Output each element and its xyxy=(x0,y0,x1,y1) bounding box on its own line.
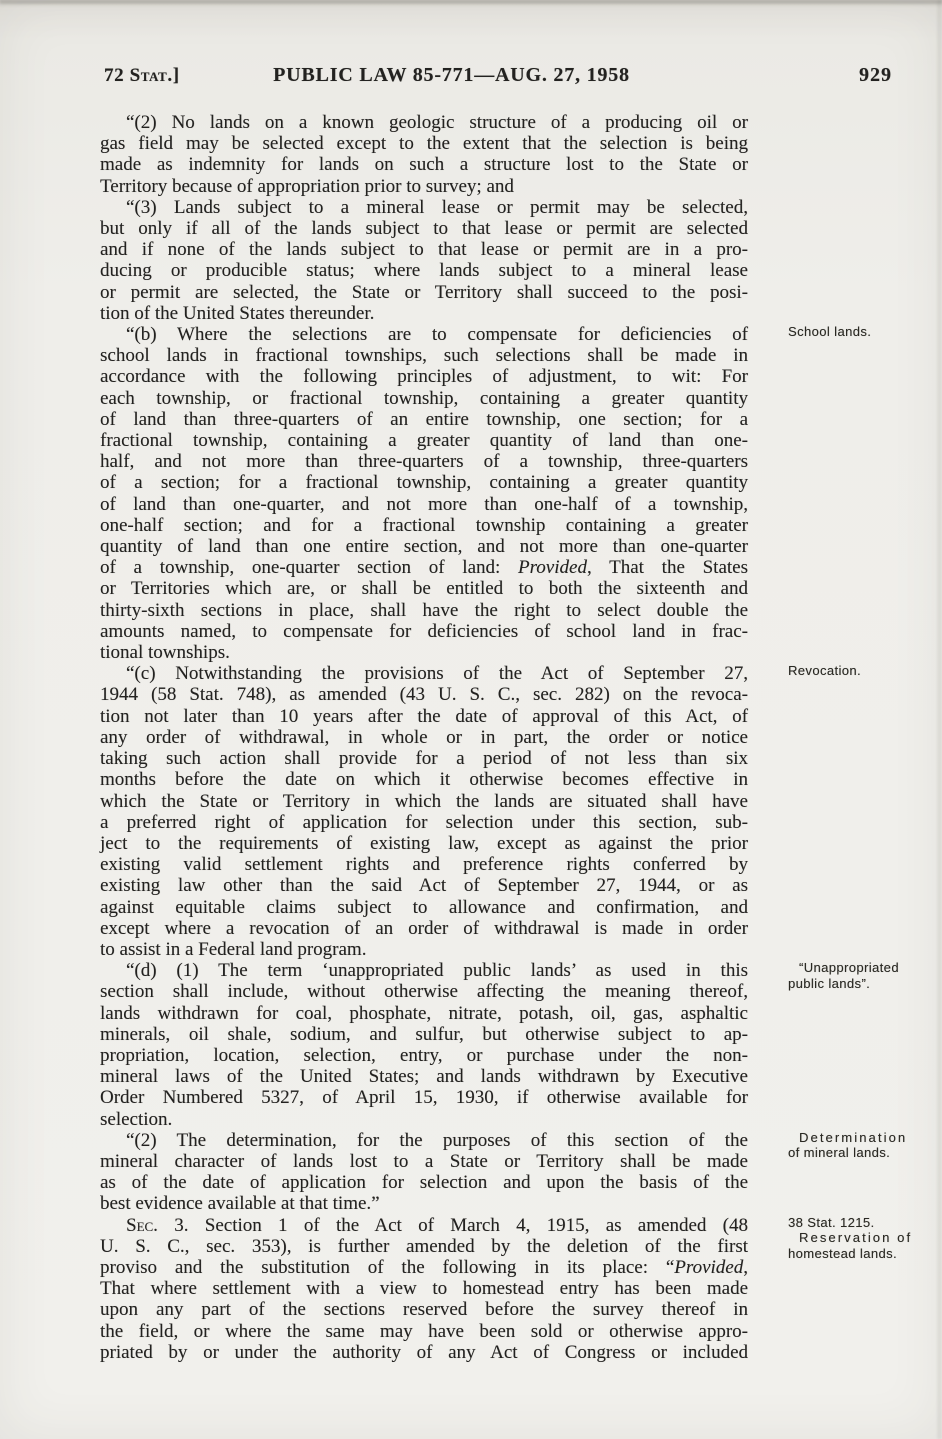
paragraph: “(d) (1) The term ‘unappropriated public… xyxy=(100,960,748,1130)
margin-note-line: Determination xyxy=(788,1130,942,1146)
paragraph: “(2) The determination, for the purposes… xyxy=(100,1130,748,1215)
text-line: months before the date on which it other… xyxy=(100,769,748,790)
margin-note: “Unappropriatedpublic lands”. xyxy=(788,960,942,991)
text-line: except where a revocation of an order of… xyxy=(100,918,748,939)
text-line: but only if all of the lands subject to … xyxy=(100,218,748,239)
text-line: existing law other than the said Act of … xyxy=(100,875,748,896)
page-number: 929 xyxy=(859,64,892,87)
text-line: gas field may be selected except to the … xyxy=(100,133,748,154)
text-line: accordance with the following principles… xyxy=(100,366,748,387)
margin-note: Revocation. xyxy=(788,663,942,679)
text-line: of land than three-quarters of an entire… xyxy=(100,409,748,430)
text-line: each township, or fractional township, c… xyxy=(100,388,748,409)
margin-note-line: of mineral lands. xyxy=(788,1145,942,1161)
text-line: ducing or producible status; where lands… xyxy=(100,260,748,281)
margin-note: Determinationof mineral lands. xyxy=(788,1130,942,1161)
text-line: U. S. C., sec. 353), is further amended … xyxy=(100,1236,748,1257)
text-line: “(2) No lands on a known geologic struct… xyxy=(100,112,748,133)
text-line: school lands in fractional townships, su… xyxy=(100,345,748,366)
paragraph: “(c) Notwithstanding the provisions of t… xyxy=(100,663,748,960)
margin-note: 38 Stat. 1215.Reservation ofhomestead la… xyxy=(788,1215,942,1262)
text-line: mineral character of lands lost to a Sta… xyxy=(100,1151,748,1172)
text-line: any order of withdrawal, in whole or in … xyxy=(100,727,748,748)
text-line: priated by or under the authority of any… xyxy=(100,1342,748,1363)
text-line: of a section; for a fractional township,… xyxy=(100,472,748,493)
text-line: “(3) Lands subject to a mineral lease or… xyxy=(100,197,748,218)
text-line: of a township, one-quarter section of la… xyxy=(100,557,748,578)
text-line: “(c) Notwithstanding the provisions of t… xyxy=(100,663,748,684)
text-line: thirty-sixth sections in place, shall ha… xyxy=(100,600,748,621)
text-line: Sec. 3. Section 1 of the Act of March 4,… xyxy=(100,1215,748,1236)
text-line: quantity of land than one entire section… xyxy=(100,536,748,557)
text-line: of land than one-quarter, and not more t… xyxy=(100,494,748,515)
text-line: 1944 (58 Stat. 748), as amended (43 U. S… xyxy=(100,684,748,705)
paragraph: Sec. 3. Section 1 of the Act of March 4,… xyxy=(100,1215,748,1363)
page-header: 72 Stat.] PUBLIC LAW 85-771—AUG. 27, 195… xyxy=(0,64,942,92)
margin-note-line: Reservation of xyxy=(788,1230,942,1246)
text-line: “(2) The determination, for the purposes… xyxy=(100,1130,748,1151)
text-line: “(b) Where the selections are to compens… xyxy=(100,324,748,345)
text-line: the field, or where the same may have be… xyxy=(100,1321,748,1342)
text-line: lands withdrawn for coal, phosphate, nit… xyxy=(100,1003,748,1024)
text-line: best evidence available at that time.” xyxy=(100,1193,748,1214)
text-line: proviso and the substitution of the foll… xyxy=(100,1257,748,1278)
text-line: half, and not more than three-quarters o… xyxy=(100,451,748,472)
margin-note-line: Revocation. xyxy=(788,663,942,679)
text-line: tion of the United States thereunder. xyxy=(100,303,748,324)
text-line: one-half section; and for a fractional t… xyxy=(100,515,748,536)
text-line: amounts named, to compensate for deficie… xyxy=(100,621,748,642)
text-line: existing valid settlement rights and pre… xyxy=(100,854,748,875)
text-line: That where settlement with a view to hom… xyxy=(100,1278,748,1299)
margin-note: School lands. xyxy=(788,324,942,340)
text-line: section shall include, without otherwise… xyxy=(100,981,748,1002)
text-line: fractional township, containing a greate… xyxy=(100,430,748,451)
text-line: tion not later than 10 years after the d… xyxy=(100,706,748,727)
text-line: tional townships. xyxy=(100,642,748,663)
text-line: a preferred right of application for sel… xyxy=(100,812,748,833)
scan-edge-top xyxy=(0,0,942,4)
paragraph: “(b) Where the selections are to compens… xyxy=(100,324,748,663)
margin-note-line: School lands. xyxy=(788,324,942,340)
margin-note-line: “Unappropriated xyxy=(788,960,942,976)
text-line: against equitable claims subject to allo… xyxy=(100,897,748,918)
text-line: as of the date of application for select… xyxy=(100,1172,748,1193)
paragraph: “(2) No lands on a known geologic struct… xyxy=(100,112,748,197)
text-line: minerals, oil shale, sodium, and sulfur,… xyxy=(100,1024,748,1045)
text-line: or permit are selected, the State or Ter… xyxy=(100,282,748,303)
paragraph: “(3) Lands subject to a mineral lease or… xyxy=(100,197,748,324)
text-line: upon any part of the sections reserved b… xyxy=(100,1299,748,1320)
text-line: and if none of the lands subject to that… xyxy=(100,239,748,260)
margin-note-line: 38 Stat. 1215. xyxy=(788,1215,942,1231)
statute-page: 72 Stat.] PUBLIC LAW 85-771—AUG. 27, 195… xyxy=(0,0,942,1439)
header-law-title: PUBLIC LAW 85-771—AUG. 27, 1958 xyxy=(130,64,773,87)
text-line: or Territories which are, or shall be en… xyxy=(100,578,748,599)
text-line: which the State or Territory in which th… xyxy=(100,791,748,812)
text-line: ject to the requirements of existing law… xyxy=(100,833,748,854)
text-line: taking such action shall provide for a p… xyxy=(100,748,748,769)
text-line: Order Numbered 5327, of April 15, 1930, … xyxy=(100,1087,748,1108)
margin-note-line: homestead lands. xyxy=(788,1246,942,1262)
text-line: selection. xyxy=(100,1109,748,1130)
text-line: made as indemnity for lands on such a st… xyxy=(100,154,748,175)
text-line: mineral laws of the United States; and l… xyxy=(100,1066,748,1087)
statute-body: “(2) No lands on a known geologic struct… xyxy=(100,112,748,1363)
margin-note-line: public lands”. xyxy=(788,976,942,992)
text-line: propriation, location, selection, entry,… xyxy=(100,1045,748,1066)
text-line: to assist in a Federal land program. xyxy=(100,939,748,960)
text-line: “(d) (1) The term ‘unappropriated public… xyxy=(100,960,748,981)
text-line: Territory because of appropriation prior… xyxy=(100,176,748,197)
